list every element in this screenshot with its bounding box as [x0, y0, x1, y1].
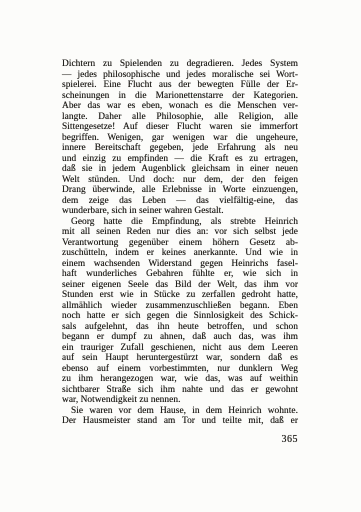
text-line: scheinungen in die Marionettenstarre der…	[62, 91, 298, 102]
text-line: begann er dumpf zu ahnen, daß auch das, …	[62, 332, 298, 343]
text-line: langte. Daher alle Philosophie, alle Rel…	[62, 112, 298, 123]
text-line: mit all seinen Reden nur dies an: vor si…	[62, 227, 298, 238]
text-line: Aber das war es eben, wonach es die Mens…	[62, 101, 298, 112]
text-line: dem zeige das Leben — das vielfältig-ein…	[62, 196, 298, 207]
text-line: Der Hausmeister stand am Tor und teilte …	[62, 416, 298, 427]
paragraph: Sie waren vor dem Hause, in dem Heinrich…	[62, 406, 298, 427]
text-line: — jedes philosophische und jedes moralis…	[62, 70, 298, 81]
text-line: Dichtern zu Spielenden zu degradieren. J…	[62, 59, 298, 70]
scanned-book-page: { "colors": { "paper": "#fcfcfa", "ink":…	[0, 0, 361, 512]
text-line: zu ihm herangezogen war, wie das, was au…	[62, 374, 298, 385]
paragraph: Dichtern zu Spielenden zu degradieren. J…	[62, 59, 298, 217]
page-number: 365	[62, 434, 298, 446]
text-line: ein trauriger Zufall geschienen, nicht a…	[62, 343, 298, 354]
text-line: haft wunderliches Gebahren fühlte er, wi…	[62, 269, 298, 280]
text-line: begriffen. Wenigen, gar wenigen war die …	[62, 133, 298, 144]
text-line: zuschütteln, indem er keines anerkannte.…	[62, 248, 298, 259]
book-page: Dichtern zu Spielenden zu degradieren. J…	[0, 0, 361, 512]
text-line: Georg hatte die Empfindung, als strebte …	[62, 217, 298, 228]
text-line: Verantwortung gegenüber einem höhern Ges…	[62, 238, 298, 249]
text-line: innere Bereitschaft gegeben, jede Erfahr…	[62, 143, 298, 154]
text-line: spielerei. Eine Flucht aus der bewegten …	[62, 80, 298, 91]
text-line: einem wachsenden Widerstand gegen Heinri…	[62, 259, 298, 270]
text-line: sals aufgelehnt, das ihn heute betroffen…	[62, 322, 298, 333]
paragraph: Georg hatte die Empfindung, als strebte …	[62, 217, 298, 406]
text-block: Dichtern zu Spielenden zu degradieren. J…	[62, 59, 298, 427]
text-line: Stunden erst wie in Stücke zu zerfallen …	[62, 290, 298, 301]
text-line: Sittengesetze! Auf dieser Flucht waren s…	[62, 122, 298, 133]
text-line: war, Notwendigkeit zu nennen.	[62, 395, 298, 406]
text-line: auf sein Haupt heruntergestürzt war, son…	[62, 353, 298, 364]
text-line: wunderbare, sich in seiner wahren Gestal…	[62, 206, 298, 217]
text-line: Drang überwinde, alle Erlebnisse in Wort…	[62, 185, 298, 196]
text-line: noch hatte er sich gegen die Sinnlosigke…	[62, 311, 298, 322]
text-line: Welt stünden. Und doch: nur dem, der den…	[62, 175, 298, 186]
text-line: ebenso auf einem vorbestimmten, nur dunk…	[62, 364, 298, 375]
text-line: seiner eigenen Seele das Bild der Welt, …	[62, 280, 298, 291]
text-line: allmählich wieder zusammenzuschließen be…	[62, 301, 298, 312]
text-line: und einzig zu empfinden — die Kraft es z…	[62, 154, 298, 165]
text-line: Sie waren vor dem Hause, in dem Heinrich…	[62, 406, 298, 417]
text-line: daß sie in jedem Augenblick gleichsam in…	[62, 164, 298, 175]
text-line: sichtbarer Straße sich ihm nahte und das…	[62, 385, 298, 396]
